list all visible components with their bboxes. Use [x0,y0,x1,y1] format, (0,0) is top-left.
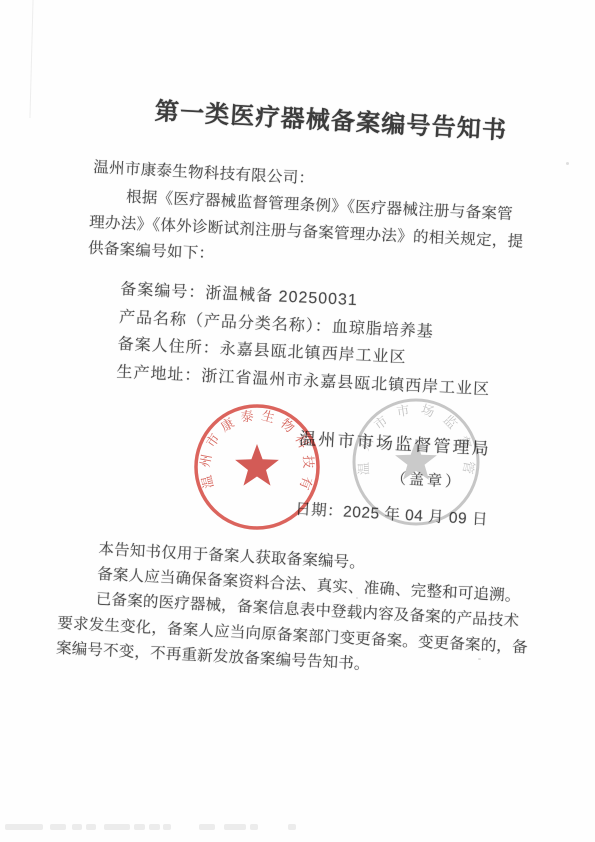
scan-artifact [86,824,96,830]
scan-artifact [134,824,145,830]
detail-value: 浙温械备 20250031 [205,285,358,309]
detail-label: 备案人住所： [117,336,220,358]
scan-crease [29,0,33,118]
scan-artifact [5,824,43,830]
document-title: 第一类医疗器械备案编号告知书 [154,91,508,146]
scan-artifact [50,824,66,830]
footer-notes: 本告知书仅用于备案人获取备案编号。 备案人应当确保备案资料合法、真实、准确、完整… [55,535,537,686]
company-seal: 温州市康泰生物科技有限公司 [192,402,322,532]
star-icon [235,444,279,486]
scan-artifact [72,824,82,830]
intro-paragraph: 根据《医疗器械监督管理条例》《医疗器械注册与备案管理办法》《体外诊断试剂注册与备… [87,183,526,282]
document-page: 第一类医疗器械备案编号告知书 温州市康泰生物科技有限公司： 根据《医疗器械监督管… [0,0,595,842]
detail-label: 备案编号： [120,281,206,302]
detail-label: 生产地址： [116,363,202,384]
authority-seal: 温州市市场监督管理局 [350,396,482,528]
star-icon [395,440,437,480]
detail-value: 血琼脂培养基 [331,318,434,340]
scan-artifact [199,824,215,830]
scan-artifact [566,162,569,165]
scan-artifact [149,824,160,830]
scan-artifact-row [0,824,595,832]
scan-artifact [104,824,130,830]
company-seal-text: 温州市康泰生物科技有限公司 [192,402,316,498]
detail-value: 永嘉县瓯北镇西岸工业区 [219,341,407,367]
scan-artifact [250,824,258,830]
scan-artifact [224,824,246,830]
recipient-line: 温州市康泰生物科技有限公司： [93,155,315,189]
scan-artifact [163,824,171,830]
filing-details: 备案编号：浙温械备 20250031 产品名称（产品分类名称）：血琼脂培养基 备… [116,276,495,403]
detail-label: 产品名称（产品分类名称）： [119,308,333,335]
scan-artifact [288,824,296,830]
